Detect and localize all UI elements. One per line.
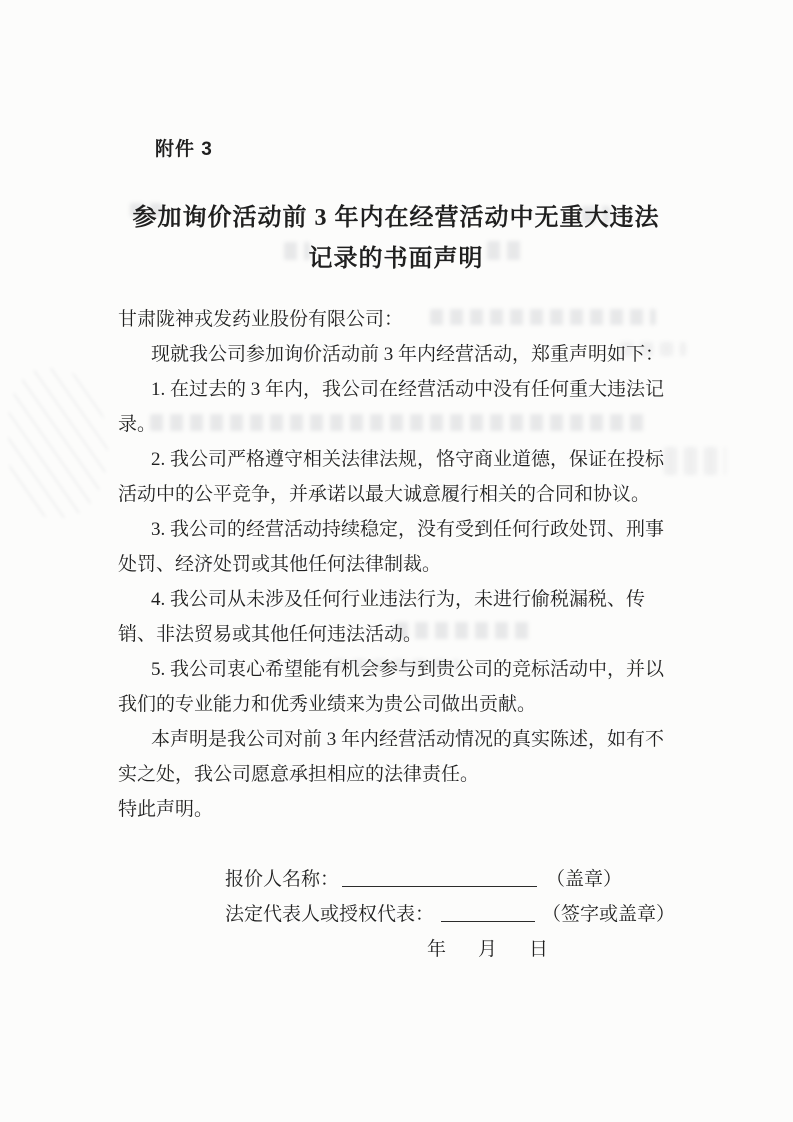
date-month-label: 月 [478,939,497,960]
declaration-item-5: 5. 我公司衷心希望能有机会参与到贵公司的竞标活动中，并以我们的专业能力和优秀业… [118,652,678,722]
document-body: 甘肃陇神戎发药业股份有限公司： 现就我公司参加询价活动前 3 年内经营活动，郑重… [118,302,678,827]
date-row: 年月日 [427,932,675,967]
handwriting-bleed-mark [8,368,108,518]
title-line-1: 参加询价活动前 3 年内在经营活动中无重大违法 [116,198,676,239]
bidder-name-blank-line [342,871,537,887]
declaration-item-4: 4. 我公司从未涉及任何行业违法行为，未进行偷税漏税、传销、非法贸易或其他任何违… [118,582,678,652]
document-title: 参加询价活动前 3 年内在经营活动中无重大违法 记录的书面声明 [116,198,676,280]
signature-block: 报价人名称：（盖章） 法定代表人或授权代表：（签字或盖章） 年月日 [225,862,675,967]
closing-paragraph: 本声明是我公司对前 3 年内经营活动情况的真实陈述，如有不实之处，我公司愿意承担… [118,722,678,792]
representative-row: 法定代表人或授权代表：（签字或盖章） [225,897,675,932]
declaration-item-1: 1. 在过去的 3 年内，我公司在经营活动中没有任何重大违法记录。 [118,372,678,442]
title-line-2: 记录的书面声明 [116,239,676,280]
salutation: 甘肃陇神戎发药业股份有限公司： [118,302,678,337]
attachment-label: 附件 3 [155,134,213,161]
sign-or-seal-note: （签字或盖章） [542,904,675,925]
seal-note: （盖章） [546,869,622,890]
declaration-item-3: 3. 我公司的经营活动持续稳定，没有受到任何行政处罚、刑事处罚、经济处罚或其他任… [118,512,678,582]
scanned-document-page: 附件 3 参加询价活动前 3 年内在经营活动中无重大违法 记录的书面声明 甘肃陇… [0,0,793,1122]
date-year-label: 年 [427,939,446,960]
declaration-item-2: 2. 我公司严格遵守相关法律法规，恪守商业道德，保证在投标活动中的公平竞争，并承… [118,442,678,512]
intro-paragraph: 现就我公司参加询价活动前 3 年内经营活动，郑重声明如下： [118,337,678,372]
representative-blank-line [441,906,535,922]
date-day-label: 日 [529,939,548,960]
bidder-name-row: 报价人名称：（盖章） [225,862,675,897]
hereby-declaration: 特此声明。 [118,792,678,827]
representative-label: 法定代表人或授权代表： [225,904,434,925]
bidder-name-label: 报价人名称： [225,869,339,890]
